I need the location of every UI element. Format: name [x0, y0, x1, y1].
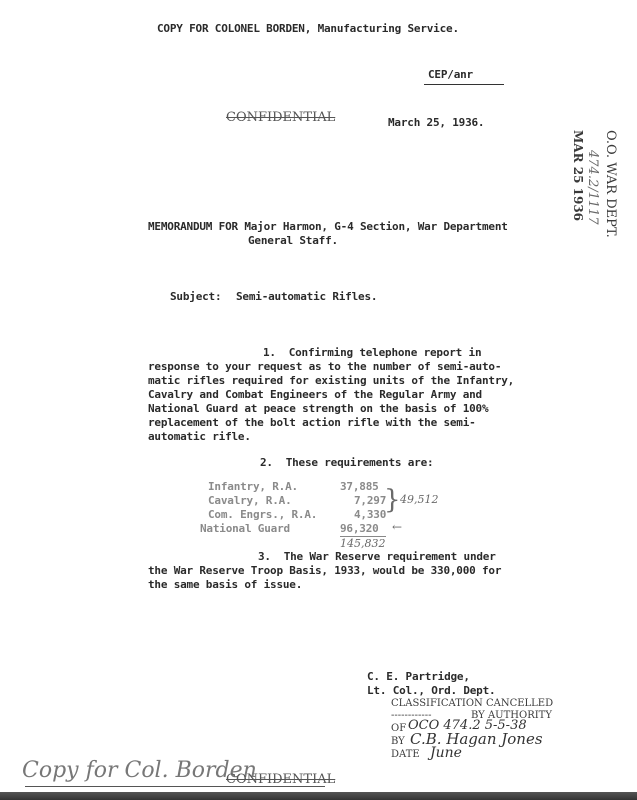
req-count: 96,320 — [340, 522, 379, 535]
req-unit: Cavalry, R.A. — [208, 494, 292, 507]
reference-underline — [424, 84, 504, 85]
handwritten-subtotal: 49,512 — [400, 493, 439, 506]
para1-line: automatic rifle. — [148, 430, 251, 443]
para1-line: National Guard at peace strength on the … — [148, 402, 488, 415]
subject-label: Subject: — [170, 290, 221, 303]
received-stamp-date: MAR 25 1936 — [571, 130, 585, 221]
classification-struck-bottom: CONFIDENTIAL — [226, 772, 335, 787]
handwritten-copy-note: Copy for Col. Borden — [22, 758, 257, 783]
subject-text: Semi-automatic Rifles. — [236, 290, 377, 303]
declass-of-label: OF — [391, 723, 406, 734]
handwritten-total: 145,832 — [340, 537, 386, 550]
para1-line: 1. Confirming telephone report in — [263, 346, 481, 359]
paragraph-2: 2. These requirements are: — [260, 456, 433, 469]
para1-line: Cavalry and Combat Engineers of the Regu… — [148, 388, 482, 401]
req-count: 7,297 — [354, 494, 386, 507]
declass-line1: CLASSIFICATION CANCELLED — [391, 698, 553, 709]
para3-line: 3. The War Reserve requirement under — [258, 550, 496, 563]
para3-line: the War Reserve Troop Basis, 1933, would… — [148, 564, 501, 577]
declass-date-value: June — [430, 745, 462, 761]
para1-line: matic rifles required for existing units… — [148, 374, 514, 387]
req-count: 37,885 — [340, 480, 379, 493]
reference-initials: CEP/anr — [428, 68, 473, 81]
declass-by-label: BY — [391, 736, 405, 747]
received-stamp-number: 474.2/1117 — [585, 150, 600, 225]
req-unit: National Guard — [200, 522, 290, 535]
arrow-mark: ← — [392, 520, 402, 534]
bracket-mark: } — [384, 478, 401, 522]
req-unit: Com. Engrs., R.A. — [208, 508, 317, 521]
para1-line: response to your request as to the numbe… — [148, 360, 501, 373]
para1-line: replacement of the bolt action rifle wit… — [148, 416, 476, 429]
para3-line: the same basis of issue. — [148, 578, 302, 591]
received-stamp-office: O.O. WAR DEPT. — [603, 130, 618, 238]
memo-addressee-line2: General Staff. — [248, 234, 338, 247]
signature-title: Lt. Col., Ord. Dept. — [367, 684, 495, 697]
classification-struck-top: CONFIDENTIAL — [226, 110, 335, 125]
memo-addressee-line1: MEMORANDUM FOR Major Harmon, G-4 Section… — [148, 220, 508, 233]
scan-edge-shadow — [0, 792, 637, 800]
signature-name: C. E. Partridge, — [367, 670, 470, 683]
declass-date-label: DATE — [391, 749, 420, 760]
req-unit: Infantry, R.A. — [208, 480, 298, 493]
handwritten-underline — [25, 786, 325, 787]
req-count: 4,330 — [354, 508, 386, 521]
memo-date: March 25, 1936. — [388, 116, 484, 129]
copy-for-line: COPY FOR COLONEL BORDEN, Manufacturing S… — [157, 22, 459, 35]
